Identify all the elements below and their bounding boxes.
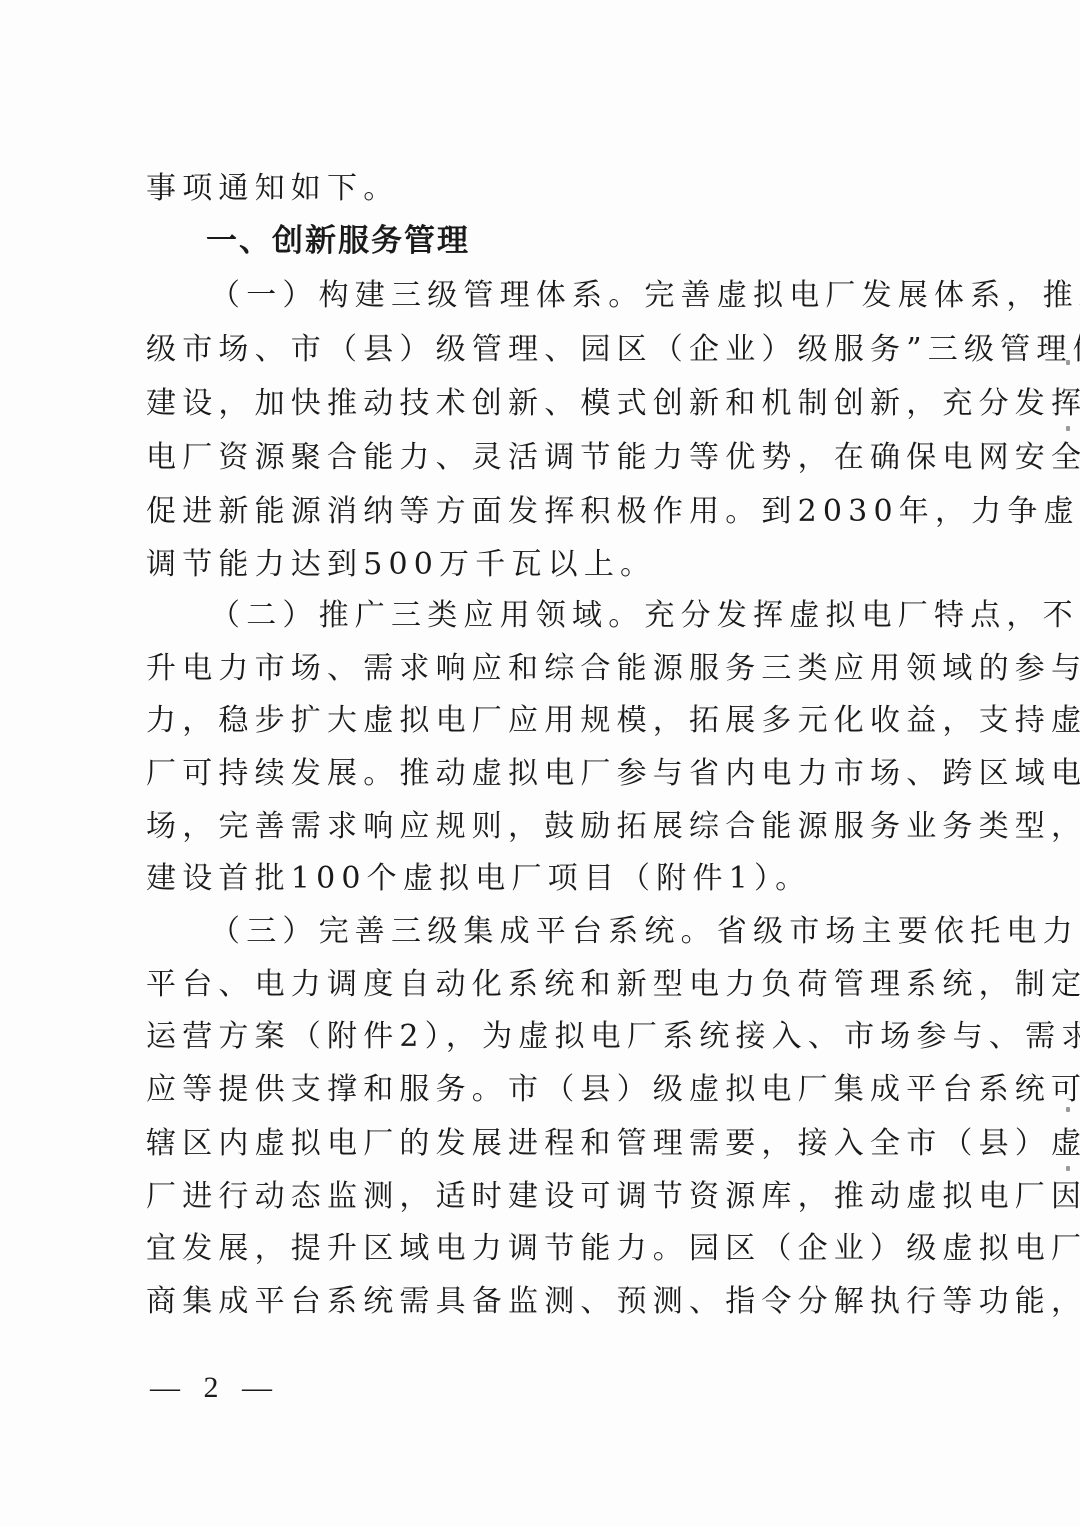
paragraph-line: （二）推广三类应用领域。充分发挥虚拟电厂特点，不断提 [210,589,946,642]
paragraph-line: 建设首批100个虚拟电厂项目（附件1）。 [146,852,946,905]
paragraph-line: 辖区内虚拟电厂的发展进程和管理需要，接入全市（县）虚拟电 [146,1117,946,1170]
paragraph-line: 宜发展，提升区域电力调节能力。园区（企业）级虚拟电厂运营 [146,1222,946,1275]
paragraph-line: 建设，加快推动技术创新、模式创新和机制创新，充分发挥虚拟 [146,377,946,430]
paragraph-line: 升电力市场、需求响应和综合能源服务三类应用领域的参与能 [146,642,946,695]
margin-mark [1066,1166,1070,1171]
paragraph-line: 级市场、市（县）级管理、园区（企业）级服务”三级管理体系 [146,323,946,376]
paragraph-line: 场，完善需求响应规则，鼓励拓展综合能源服务业务类型，重点 [146,800,946,853]
paragraph-line: 厂可持续发展。推动虚拟电厂参与省内电力市场、跨区域电力市 [146,747,946,800]
paragraph-line: 力，稳步扩大虚拟电厂应用规模，拓展多元化收益，支持虚拟电 [146,694,946,747]
paragraph-line: 商集成平台系统需具备监测、预测、指令分解执行等功能，优化 [146,1275,946,1328]
paragraph-line: （三）完善三级集成平台系统。省级市场主要依托电力交易 [210,905,946,958]
margin-mark [1066,1107,1070,1112]
document-page: 事项通知如下。 一、创新服务管理 （一）构建三级管理体系。完善虚拟电厂发展体系，… [0,0,1080,1527]
page-number: — 2 — [150,1366,280,1410]
margin-mark [1066,360,1070,365]
margin-mark [1066,426,1070,431]
paragraph-line: 应等提供支撑和服务。市（县）级虚拟电厂集成平台系统可根据 [146,1063,946,1116]
section-heading: 一、创新服务管理 [206,215,470,268]
paragraph-line: 电厂资源聚合能力、灵活调节能力等优势，在确保电网安全稳定、 [146,431,946,484]
paragraph-line: 厂进行动态监测，适时建设可调节资源库，推动虚拟电厂因地制 [146,1170,946,1223]
paragraph-line: 促进新能源消纳等方面发挥积极作用。到2030年，力争虚拟电厂 [146,485,946,538]
paragraph-line: （一）构建三级管理体系。完善虚拟电厂发展体系，推进“省 [210,269,946,322]
paragraph-line: 运营方案（附件2），为虚拟电厂系统接入、市场参与、需求响 [146,1010,946,1063]
paragraph-line: 调节能力达到500万千瓦以上。 [146,538,946,591]
paragraph-line: 平台、电力调度自动化系统和新型电力负荷管理系统，制定建设 [146,958,946,1011]
opening-line: 事项通知如下。 [146,162,946,215]
